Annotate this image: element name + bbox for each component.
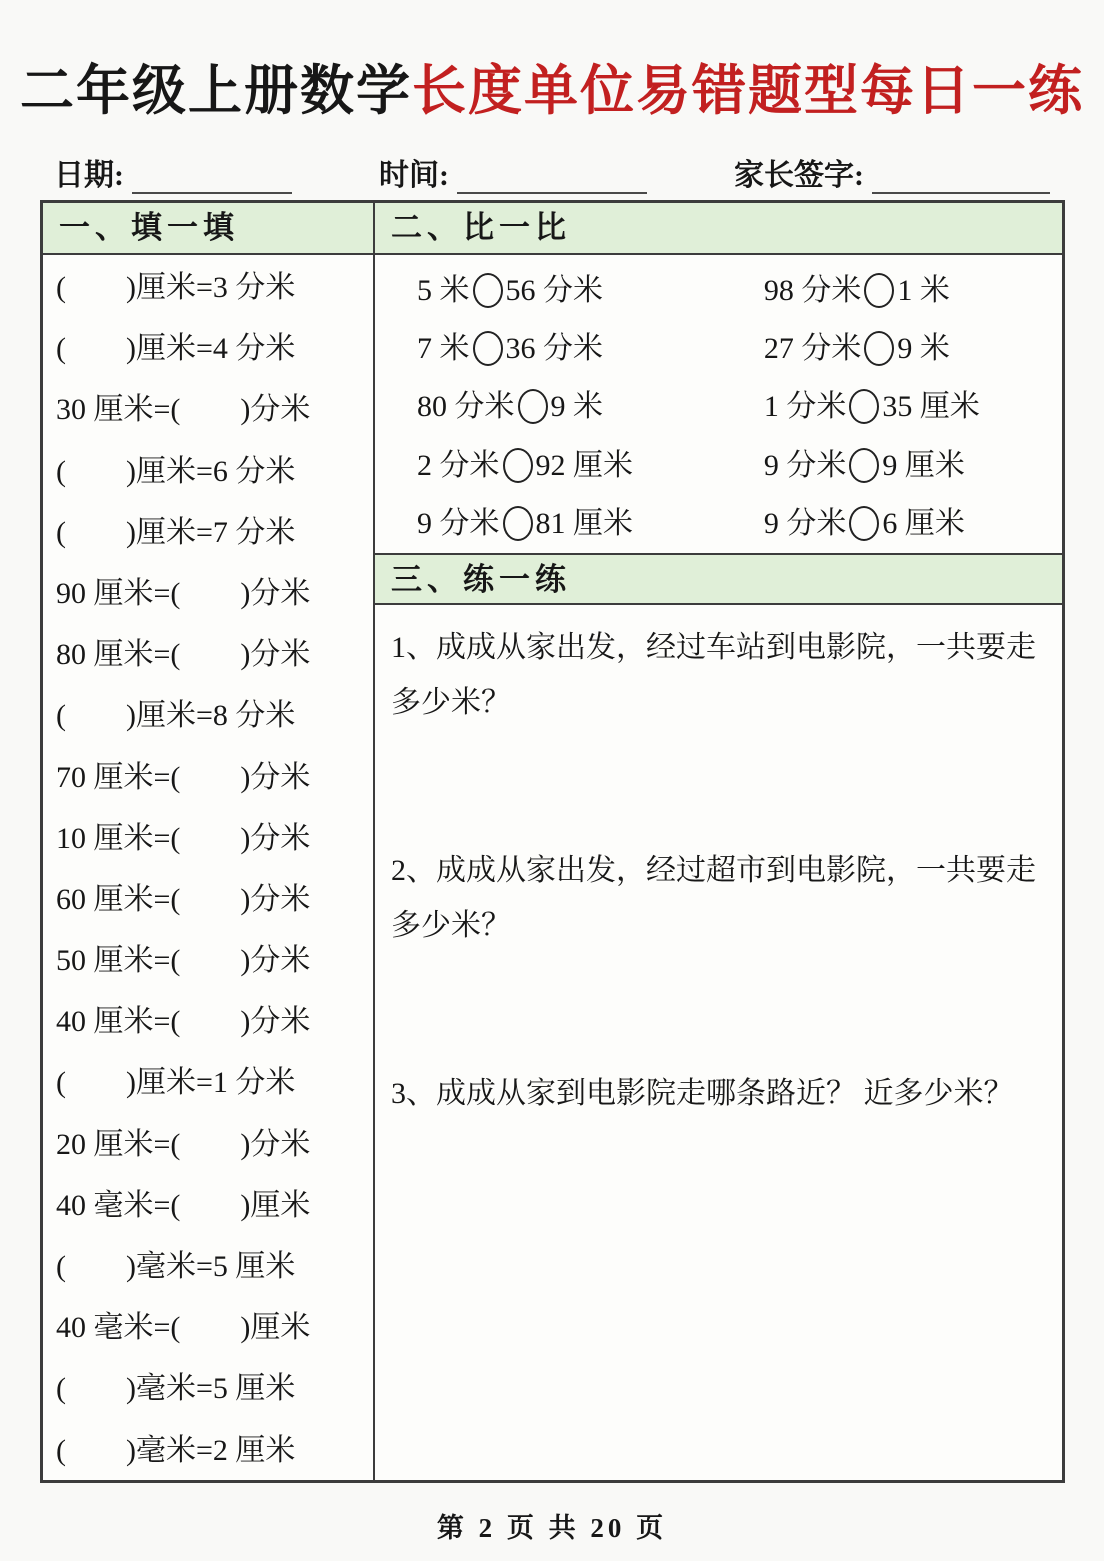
page-title: 二年级上册数学长度单位易错题型每日一练 [0,48,1104,125]
section-header-practice: 三、练一练 [375,553,1062,605]
compare-item: 27 分米9 米 [722,320,1062,377]
date-label: 日期: [54,150,124,194]
compare-circle [473,273,503,308]
fill-item: ( )厘米=7 分米 [56,502,373,563]
compare-left-value: 27 分米 [764,332,862,365]
fill-item: 40 毫米=( )厘米 [56,1175,373,1236]
compare-grid: 5 米56 分米98 分米1 米7 米36 分米27 分米9 米80 分米9 米… [375,255,1062,553]
date-field: 日期: [54,150,292,194]
practice-question: 1、成成从家出发，经过车站到电影院，一共要走多少米？ [391,621,1040,730]
compare-circle [864,331,894,366]
compare-item: 9 分米9 厘米 [722,437,1062,494]
compare-circle [473,331,503,366]
compare-item: 7 米36 分米 [375,320,722,377]
column-compare-practice: 二、比一比 5 米56 分米98 分米1 米7 米36 分米27 分米9 米80… [375,203,1062,1480]
signature-field: 家长签字: [734,150,1050,194]
section-header-fill: 一、填一填 [43,203,373,255]
fill-item: 40 毫米=( )厘米 [56,1297,373,1358]
fill-list: ( )厘米=3 分米( )厘米=4 分米30 厘米=( )分米( )厘米=6 分… [43,255,373,1480]
fill-item: 40 厘米=( )分米 [56,991,373,1052]
practice-question: 3、成成从家到电影院走哪条路近？ 近多少米？ [391,1067,1040,1122]
practice-question: 2、成成从家出发，经过超市到电影院，一共要走多少米？ [391,844,1040,953]
compare-circle [849,389,879,424]
meta-row: 日期: 时间: 家长签字: [54,150,1050,194]
compare-left-value: 1 分米 [764,390,847,423]
compare-circle [864,273,894,308]
signature-blank [872,158,1050,194]
date-blank [132,158,292,194]
compare-circle [503,506,533,541]
compare-left-value: 80 分米 [417,390,515,423]
compare-left-value: 98 分米 [764,274,862,307]
fill-item: ( )厘米=3 分米 [56,257,373,318]
time-field: 时间: [379,150,647,194]
compare-right-value: 81 厘米 [536,507,634,540]
compare-left-value: 5 米 [417,274,470,307]
compare-right-value: 36 分米 [506,332,604,365]
page-footer: 第 2 页 共 20 页 [0,1506,1104,1545]
fill-item: 50 厘米=( )分米 [56,930,373,991]
fill-item: 90 厘米=( )分米 [56,563,373,624]
worksheet-page: 二年级上册数学长度单位易错题型每日一练 日期: 时间: 家长签字: 一、填一填 … [0,0,1104,1561]
compare-right-value: 6 厘米 [882,507,965,540]
compare-item: 98 分米1 米 [722,262,1062,319]
fill-item: ( )毫米=2 厘米 [56,1420,373,1480]
fill-item: 30 厘米=( )分米 [56,379,373,440]
compare-left-value: 9 分米 [764,507,847,540]
compare-right-value: 9 厘米 [882,449,965,482]
fill-item: ( )毫米=5 厘米 [56,1358,373,1419]
compare-item: 9 分米6 厘米 [722,495,1062,552]
section-header-compare: 二、比一比 [375,203,1062,255]
compare-right-value: 56 分米 [506,274,604,307]
compare-right-value: 35 厘米 [882,390,980,423]
compare-item: 2 分米92 厘米 [375,437,722,494]
fill-item: ( )厘米=8 分米 [56,685,373,746]
compare-left-value: 2 分米 [417,449,500,482]
compare-right-value: 92 厘米 [536,449,634,482]
compare-right-value: 9 米 [551,390,604,423]
compare-item: 80 分米9 米 [375,378,722,435]
compare-left-value: 7 米 [417,332,470,365]
fill-item: 60 厘米=( )分米 [56,869,373,930]
compare-item: 1 分米35 厘米 [722,378,1062,435]
fill-item: ( )厘米=6 分米 [56,441,373,502]
column-fill-in: 一、填一填 ( )厘米=3 分米( )厘米=4 分米30 厘米=( )分米( )… [43,203,375,1480]
compare-circle [518,389,548,424]
time-label: 时间: [379,150,449,194]
worksheet-table: 一、填一填 ( )厘米=3 分米( )厘米=4 分米30 厘米=( )分米( )… [40,200,1065,1483]
practice-list: 1、成成从家出发，经过车站到电影院，一共要走多少米？2、成成从家出发，经过超市到… [375,605,1062,1480]
fill-item: ( )厘米=1 分米 [56,1052,373,1113]
time-blank [457,158,647,194]
compare-circle [849,448,879,483]
compare-right-value: 1 米 [897,274,950,307]
fill-item: 10 厘米=( )分米 [56,808,373,869]
fill-item: 70 厘米=( )分米 [56,747,373,808]
compare-right-value: 9 米 [897,332,950,365]
compare-circle [849,506,879,541]
fill-item: ( )厘米=4 分米 [56,318,373,379]
fill-item: ( )毫米=5 厘米 [56,1236,373,1297]
compare-item: 5 米56 分米 [375,262,722,319]
fill-item: 20 厘米=( )分米 [56,1114,373,1175]
signature-label: 家长签字: [734,150,864,194]
title-topic: 长度单位易错题型每日一练 [412,61,1084,121]
compare-left-value: 9 分米 [417,507,500,540]
compare-circle [503,448,533,483]
fill-item: 80 厘米=( )分米 [56,624,373,685]
compare-left-value: 9 分米 [764,449,847,482]
compare-item: 9 分米81 厘米 [375,495,722,552]
title-course: 二年级上册数学 [20,61,412,121]
